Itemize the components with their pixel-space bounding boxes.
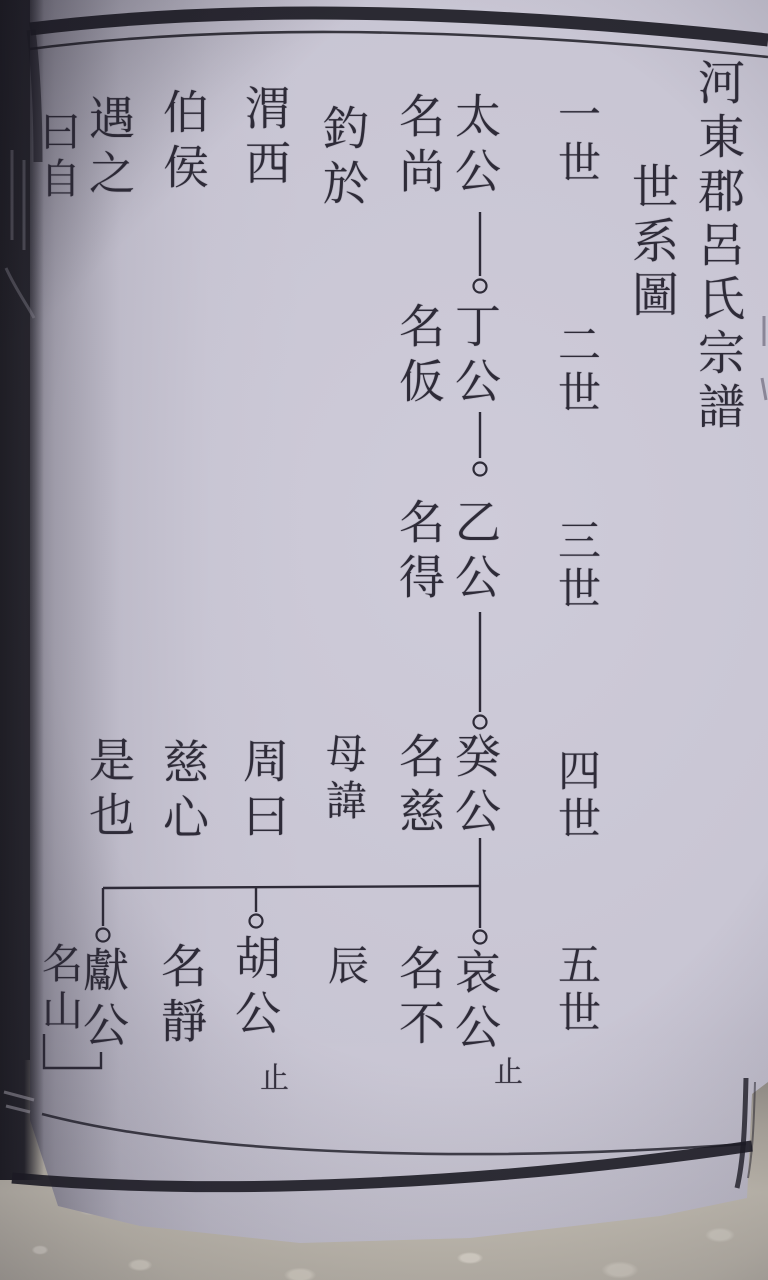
given-name-gen4-cont: 母諱 [322,732,363,826]
generation-label-2: 二世 [554,322,597,418]
annotation-top-3: 伯侯 [160,88,206,198]
annotation-mid-3: 是也 [86,736,132,846]
generation-label-3: 三世 [554,518,597,614]
sibling-xiangong-title: 獻公 [80,946,126,1056]
ancestor-gen3-title: 乙公 [452,498,498,608]
annotation-mid-2: 慈心 [160,738,206,848]
given-name-gen5-cont: 辰 [324,944,365,991]
sibling-hugong-title: 胡公 [232,934,278,1044]
section-heading: 世系圖 [628,162,675,324]
annotation-top-5: 曰自 [36,110,77,204]
ancestor-gen4-title: 癸公 [452,732,498,842]
given-name-hugong: 名靜 [158,942,204,1052]
ancestor-gen5-title: 哀公 [452,948,498,1058]
line-ended-marker-hugong: 止 [258,1062,287,1091]
given-name-gen1: 名尚 [396,92,442,202]
given-name-gen4: 名慈 [396,732,442,842]
photo-of-genealogy-page: 河東郡呂氏宗譜 世系圖 一世 二世 三世 四世 五世 太公 丁公 乙公 癸公 哀… [0,0,768,1280]
given-name-xiangong: 名山 [38,942,79,1036]
generation-label-1: 一世 [554,92,597,188]
given-name-gen5: 名不 [396,944,442,1054]
given-name-gen3: 名得 [396,498,442,608]
annotation-top-1: 釣於 [320,104,366,214]
generation-label-5: 五世 [554,942,597,1038]
annotation-top-2: 渭西 [242,84,288,194]
given-name-gen2: 名仮 [396,302,442,412]
ancestor-gen2-title: 丁公 [452,302,498,412]
annotation-top-4: 遇之 [86,94,132,204]
generation-label-4: 四世 [554,748,597,844]
page-title: 河東郡呂氏宗譜 [694,58,741,436]
annotation-mid-1: 周曰 [240,737,286,847]
ancestor-gen1-title: 太公 [452,92,498,202]
line-ended-marker-aigong: 止 [492,1056,521,1085]
